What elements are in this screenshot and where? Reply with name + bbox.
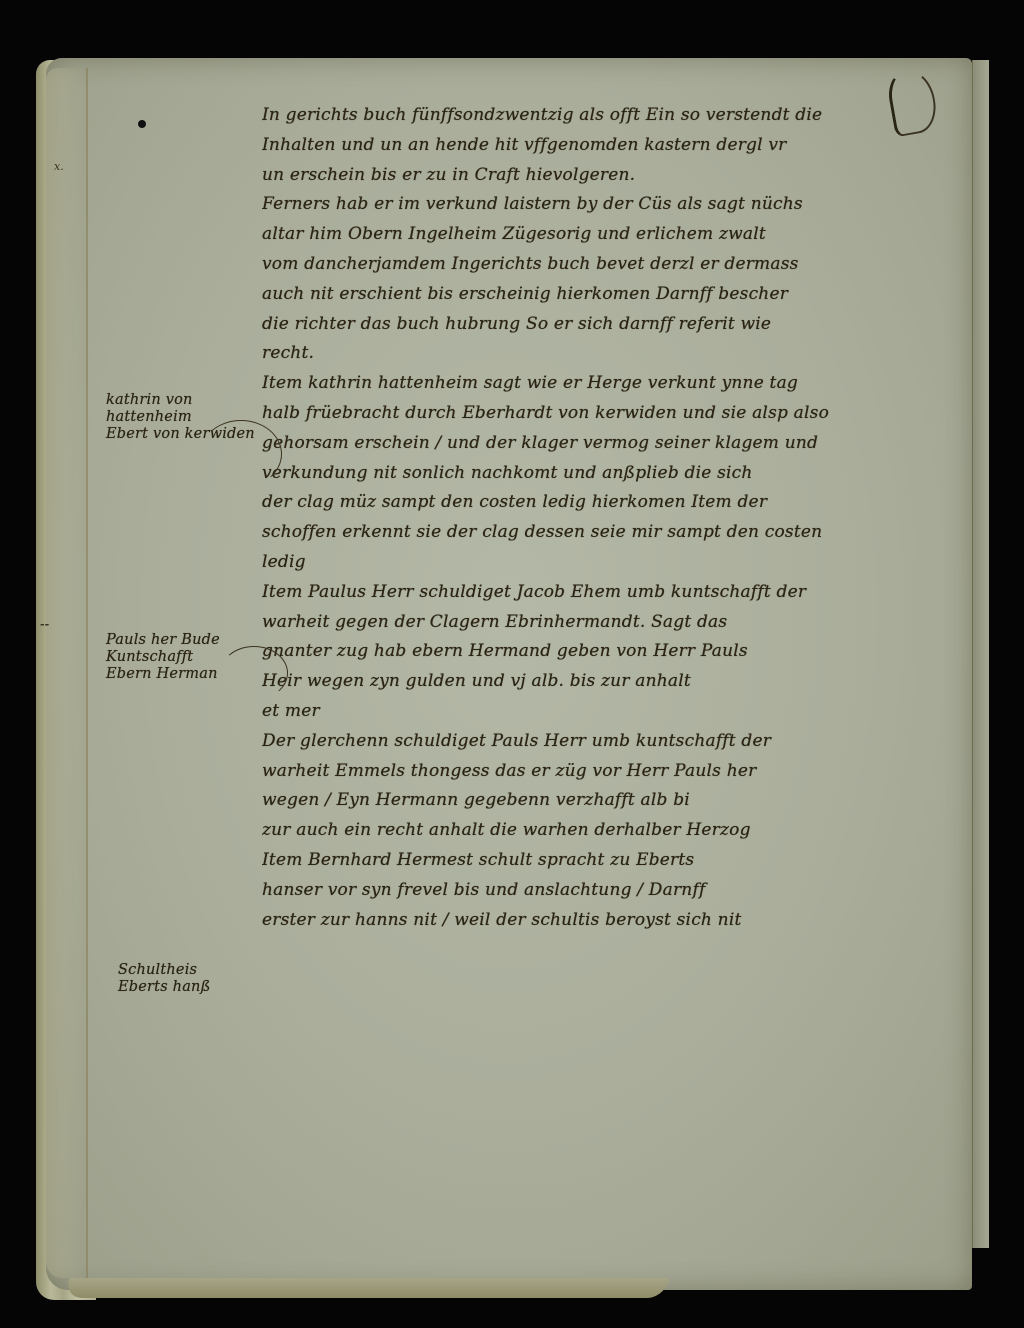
next-leaf-edge bbox=[972, 60, 989, 1248]
text-line: Inhalten und un an hende hit vffgenomden… bbox=[262, 130, 962, 160]
text-line: erster zur hanns nit / weil der schultis… bbox=[262, 905, 962, 935]
text-line: schoffen erkennt sie der clag dessen sei… bbox=[262, 517, 962, 547]
edge-numeral-mark: x. bbox=[54, 160, 64, 173]
margin-note-paulus-herr: Pauls her Bude Kuntschafft Ebern Herman bbox=[106, 632, 220, 683]
text-line: hanser vor syn frevel bis und anslachtun… bbox=[262, 875, 962, 905]
text-line: wegen / Eyn Hermann gegebenn verzhafft a… bbox=[262, 785, 962, 815]
text-line: Der glerchenn schuldiget Pauls Herr umb … bbox=[262, 726, 962, 756]
binding-hole bbox=[138, 120, 146, 128]
text-line: die richter das buch hubrung So er sich … bbox=[262, 309, 962, 339]
text-line: Ferners hab er im verkund laistern by de… bbox=[262, 189, 962, 219]
text-line: Heir wegen zyn gulden und vj alb. bis zu… bbox=[262, 666, 962, 696]
text-line: vom dancherjamdem Ingerichts buch bevet … bbox=[262, 249, 962, 279]
margin-note-line: Pauls her Bude bbox=[106, 632, 220, 649]
text-line: Item Bernhard Hermest schult spracht zu … bbox=[262, 845, 962, 875]
margin-note-line: Kuntschafft bbox=[106, 649, 220, 666]
text-line: verkundung nit sonlich nachkomt und anßp… bbox=[262, 458, 962, 488]
margin-note-line: kathrin von bbox=[106, 392, 255, 409]
margin-note-schultheis: Schultheis Eberts hanß bbox=[118, 962, 210, 996]
page-fold-left bbox=[46, 68, 88, 1278]
text-line: gnanter zug hab ebern Hermand geben von … bbox=[262, 636, 962, 666]
text-line: un erschein bis er zu in Craft hievolger… bbox=[262, 160, 962, 190]
page-bottom-edge bbox=[62, 1278, 669, 1298]
text-line: warheit Emmels thongess das er züg vor H… bbox=[262, 756, 962, 786]
text-line: halb früebracht durch Eberhardt von kerw… bbox=[262, 398, 962, 428]
margin-note-line: Ebern Herman bbox=[106, 666, 220, 683]
margin-note-line: Eberts hanß bbox=[118, 979, 210, 996]
margin-bracket bbox=[200, 420, 282, 488]
main-text-block: In gerichts buch fünffsondzwentzig als o… bbox=[262, 100, 962, 934]
margin-bracket bbox=[220, 646, 288, 700]
text-line: warheit gegen der Clagern Ebrinhermandt.… bbox=[262, 607, 962, 637]
text-line: ledig bbox=[262, 547, 962, 577]
text-line: In gerichts buch fünffsondzwentzig als o… bbox=[262, 100, 962, 130]
text-line: Item kathrin hattenheim sagt wie er Herg… bbox=[262, 368, 962, 398]
text-line: Item Paulus Herr schuldiget Jacob Ehem u… bbox=[262, 577, 962, 607]
text-line: et mer bbox=[262, 696, 962, 726]
text-line: gehorsam erschein / und der klager vermo… bbox=[262, 428, 962, 458]
text-line: der clag müz sampt den costen ledig hier… bbox=[262, 487, 962, 517]
text-line: recht. bbox=[262, 338, 962, 368]
edge-dash-mark: -- bbox=[40, 618, 49, 631]
margin-note-line: Schultheis bbox=[118, 962, 210, 979]
text-line: altar him Obern Ingelheim Zügesorig und … bbox=[262, 219, 962, 249]
text-line: auch nit erschient bis erscheinig hierko… bbox=[262, 279, 962, 309]
text-line: zur auch ein recht anhalt die warhen der… bbox=[262, 815, 962, 845]
